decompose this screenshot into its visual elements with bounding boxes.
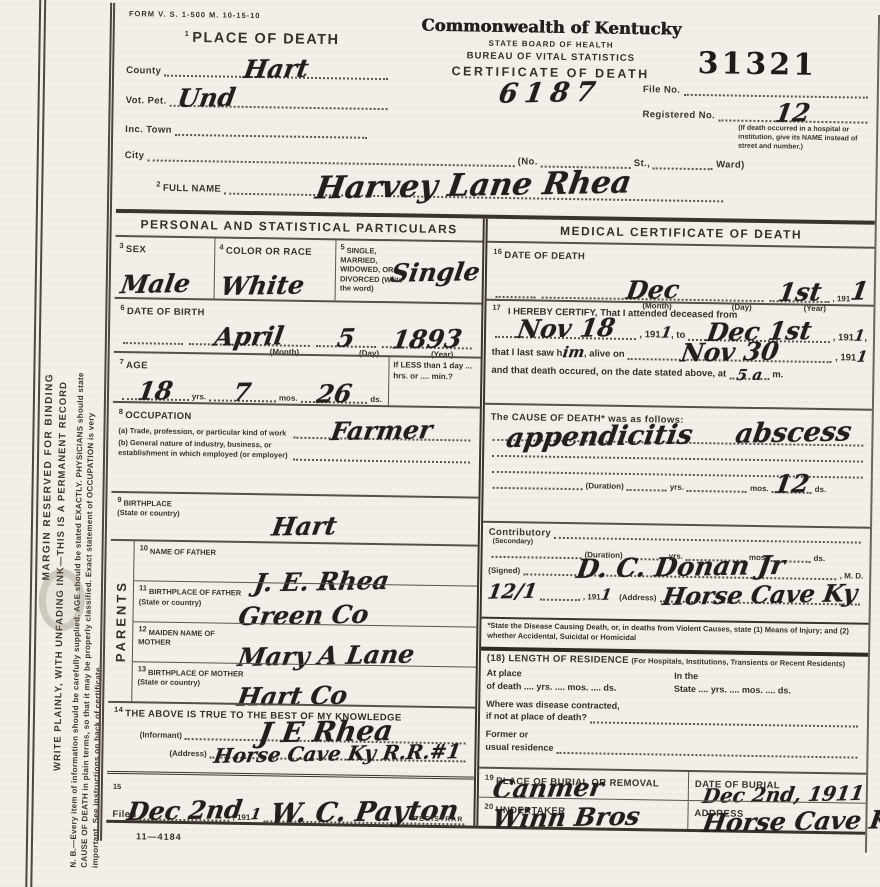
date-of-burial-cell: DATE OF BURIAL Dec 2nd, 1911 [689,772,867,803]
filed-row: 15 Filed Dec 2nd , 1911 W. C. Payton REG… [106,771,474,826]
informant-address-handwriting: Horse Cave Ky R.R.#1 [213,742,463,765]
dob-month-handwriting: April [213,325,286,349]
personal-column: PERSONAL AND STATISTICAL PARTICULARS 3SE… [106,213,487,826]
inc-town-dotted-line [175,125,367,139]
signed-label: (Signed) [488,566,520,576]
full-name-field: 2FULL NAME Harvey Lane Rhea [156,180,726,203]
sex-cell: 3SEX Male [115,237,215,299]
certificate-sheet: MARGIN RESERVED FOR BINDING WRITE PLAINL… [0,0,880,887]
city-dotted-line [147,150,515,167]
occupation-b-label: (b) General nature of industry, business… [118,438,290,460]
age-days-handwriting: 26 [315,382,353,405]
physician-date-handwriting: 12/1 [486,582,538,601]
attended-from-handwriting: Nov 18 [515,317,616,341]
certification-row: 17 I HEREBY CERTIFY, That I attended dec… [485,299,874,409]
father-birthplace-row: 11BIRTHPLACE OF FATHER (State or country… [133,580,476,626]
cause-duration-line: (Duration) yrs. mos. 12 ds. [490,478,865,495]
full-name-handwriting: Harvey Lane Rhea [314,170,634,204]
header: FORM V. S. 1-500 M. 10-15-10 1PLACE OF D… [116,3,878,221]
document-tilt-wrapper: MARGIN RESERVED FOR BINDING WRITE PLAINL… [0,0,880,887]
cause-duration-days-handwriting: 12 [773,473,811,496]
dod-month-handwriting: Dec [624,279,680,303]
county-field: County Hart [126,65,391,80]
informant-address-label: (Address) [169,749,206,759]
city-ward-label: Ward) [716,159,745,170]
occupation-a-label: (a) Trade, profession, or particular kin… [118,426,290,438]
city-st-label: St., [634,158,651,169]
medical-column: MEDICAL CERTIFICATE OF DEATH 16DATE OF D… [478,219,875,832]
physician-date-address-line: 12/1 , 1911 (Address) Horse Cave Ky [488,582,863,606]
dob-day-handwriting: 5 [335,327,356,350]
county-label: County [126,65,161,77]
registered-no-label: Registered No. [642,109,715,121]
county-dotted-line: Hart [164,66,388,81]
date-of-death-row: 16DATE OF DEATH Dec 1st , 1911 (Month) (… [486,241,874,305]
registered-no-dotted-line: 12 [718,110,867,123]
main-body: PERSONAL AND STATISTICAL PARTICULARS 3SE… [106,209,875,835]
physician-address-label: (Address) [619,593,656,603]
age-months-handwriting: 7 [232,381,253,404]
residence-in-state: In the State .... yrs. .... mos. .... ds… [674,670,862,698]
registered-no-field: Registered No. 12 [642,109,870,124]
dod-day-handwriting: 1st [776,281,823,304]
burial-left: 19PLACE OF BURIAL OR REMOVAL Canmer 20UN… [478,769,689,829]
dob-year-handwriting: 1893 [390,328,463,352]
parents-block: PARENTS 10NAME OF FATHER J. E. Rhea 11BI… [108,539,477,707]
race-handwriting: White [219,274,306,298]
disease-contracted-question: Where was disease contracted, if not at … [486,698,861,728]
date-of-birth-row: 6DATE OF BIRTH April 5 1893 (Month) (Day… [114,297,482,357]
margin-binding-note: MARGIN RESERVED FOR BINDING [41,373,55,581]
full-name-label: 2FULL NAME [156,180,221,195]
undertaker-address-handwriting: Horse Cave Ky [701,808,880,834]
informant-row: 14THE ABOVE IS TRUE TO THE BEST OF MY KN… [107,701,475,777]
certificate-number-handwriting: 6187 [497,81,604,107]
field-number: 1 [185,29,191,38]
form-area: FORM V. S. 1-500 M. 10-15-10 1PLACE OF D… [97,3,880,853]
registered-no-handwriting: 12 [774,102,812,125]
physician-address-handwriting: Horse Cave Ky [661,583,859,608]
filed-year-handwriting: 1 [249,808,262,822]
last-seen-handwriting: Nov 30 [679,340,780,364]
file-no-label: File No. [643,84,681,96]
occupation-handwriting: Farmer [330,419,435,444]
file-no-dotted-line [683,85,868,99]
mother-birthplace-row: 13BIRTHPLACE OF MOTHER (State or country… [132,661,475,707]
sex-race-marital-row: 3SEX Male 4COLOR OR RACE White 5SINGLE, … [115,235,483,303]
place-of-burial-cell: 19PLACE OF BURIAL OR REMOVAL Canmer [479,769,688,800]
header-right: 31321 File No. Registered No. 12 (If dea… [642,45,872,153]
certify-line-2: Nov 18 , 1911 , to Dec 1st , 1911, [492,324,867,343]
former-residence-field: Former or usual residence [485,728,860,758]
burial-row: 19PLACE OF BURIAL OR REMOVAL Canmer 20UN… [478,767,866,832]
father-name-row: 10NAME OF FATHER J. E. Rhea [134,541,477,586]
county-handwriting: Hart [242,57,310,81]
form-code: FORM V. S. 1-500 M. 10-15-10 [129,9,261,20]
sex-handwriting: Male [119,272,192,296]
informant-label: (Informant) [140,730,182,740]
burial-right: DATE OF BURIAL Dec 2nd, 1911 ADDRESS Hor… [688,772,866,832]
contributory-row: Contributory (Secondary) (Duration) yrs.… [481,521,870,623]
parents-side-label: PARENTS [108,541,135,701]
age-main: 7AGE 18 yrs. 7 mos. 26 ds. [113,353,389,405]
informant-address-line: (Address) Horse Cave Ky R.R.#1 [169,747,468,763]
city-label: City [125,150,145,161]
length-of-residence-row: (18) LENGTH OF RESIDENCE (For Hospitals,… [479,651,868,773]
voting-precinct-dotted-line: Und [169,96,387,110]
age-years-handwriting: 18 [136,380,174,403]
dod-year-handwriting: 1 [849,280,870,303]
voting-precinct-field: Vot. Pet. Und [126,95,391,110]
parents-rows: 10NAME OF FATHER J. E. Rhea 11BIRTHPLACE… [132,541,477,706]
marital-cell: 5SINGLE, MARRIED, WIDOWED, OR DIVORCED (… [335,240,483,302]
filed-date-handwriting: Dec 2nd [126,799,244,824]
inc-town-field: Inc. Town [125,124,370,139]
place-of-death-title: 1PLACE OF DEATH [185,29,340,48]
undertaker-cell: 20UNDERTAKER Winn Bros [478,797,687,829]
physician-signature-handwriting: D. C. Donan Jr [574,554,785,581]
city-ward-dotted-line [653,158,713,170]
him-handwriting: im [561,346,585,360]
residence-at-place: At place of death .... yrs. .... mos. ..… [486,667,674,695]
voting-precinct-handwriting: Und [176,86,237,110]
birthplace-row: 9BIRTHPLACE(State or country) Hart [111,491,479,545]
certify-line-3: that I last saw him, alive on Nov 30 , 1… [492,344,867,363]
registrar-signature-handwriting: W. C. Payton [268,799,459,827]
occupation-row: 8OCCUPATION (a) Trade, profession, or pa… [112,401,480,497]
inc-town-label: Inc. Town [125,124,172,136]
filed-number: 15 [113,782,121,791]
undertaker-handwriting: Winn Bros [491,805,642,830]
birthplace-handwriting: Hart [271,515,339,539]
hospital-note: (If death occurred in a hospital or inst… [738,124,870,153]
mother-name-row: 12MAIDEN NAME OF MOTHER Mary A Lane [133,621,476,667]
marital-handwriting: Single [390,261,482,285]
voting-precinct-label: Vot. Pet. [126,95,167,107]
age-less-than-note: If LESS than 1 day ... hrs. or .... min.… [388,357,481,406]
time-of-death-handwriting: 5 a [735,368,763,382]
race-cell: 4COLOR OR RACE White [214,238,336,300]
residence-columns: At place of death .... yrs. .... mos. ..… [486,667,861,698]
undertaker-address-cell: ADDRESS Horse Cave Ky [688,800,866,832]
commonwealth-title: Commonwealth of Kentucky [414,16,689,39]
registrar-label: REGISTRAR [413,816,463,824]
full-name-dotted-line: Harvey Lane Rhea [224,184,723,203]
age-row: 7AGE 18 yrs. 7 mos. 26 ds. If LESS than … [113,351,481,407]
file-no-field: File No. [643,84,871,99]
file-number-stamp: 31321 [643,45,872,84]
cause-of-death-row: The CAUSE OF DEATH* was as follows: appe… [483,403,872,527]
